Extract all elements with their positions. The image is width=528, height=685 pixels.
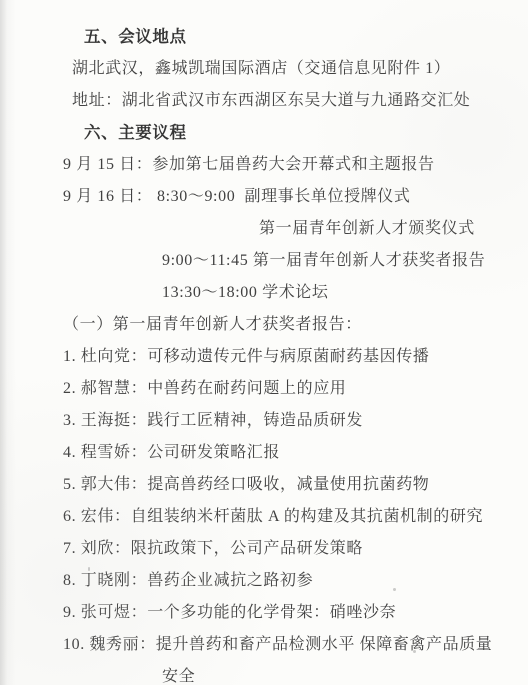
agenda-afternoon-forum-line: 13:30～18:00 学术论坛 bbox=[0, 277, 528, 309]
report-item-10: 10. 魏秀丽：提升兽药和畜产品检测水平 保障畜禽产品质量 bbox=[0, 629, 528, 661]
section-heading-agenda: 六、主要议程 bbox=[0, 117, 528, 149]
report-item-4: 4. 程雪娇：公司研发策略汇报 bbox=[0, 437, 528, 469]
report-item-1: 1. 杜向党：可移动遗传元件与病原菌耐药基因传播 bbox=[0, 341, 528, 373]
report-item-8: 8. 丁晓刚：兽药企业减抗之路初参 bbox=[0, 565, 528, 597]
report-item-5: 5. 郭大伟：提高兽药经口吸收，减量使用抗菌药物 bbox=[0, 469, 528, 501]
scanned-document-page: 五、会议地点 湖北武汉，鑫城凯瑞国际酒店（交通信息见附件 1） 地址：湖北省武汉… bbox=[0, 0, 528, 685]
report-list-header: （一）第一届青年创新人才获奖者报告： bbox=[0, 309, 528, 341]
agenda-sep15-line: 9 月 15 日：参加第七届兽药大会开幕式和主题报告 bbox=[0, 149, 528, 181]
section-heading-venue: 五、会议地点 bbox=[0, 21, 528, 53]
agenda-award-ceremony-line: 第一届青年创新人才颁奖仪式 bbox=[0, 213, 528, 245]
report-item-3: 3. 王海挺：践行工匠精神，铸造品质研发 bbox=[0, 405, 528, 437]
scan-speck bbox=[88, 567, 90, 571]
scan-speck bbox=[393, 588, 396, 591]
address-line: 地址：湖北省武汉市东西湖区东吴大道与九通路交汇处 bbox=[0, 85, 528, 117]
venue-line: 湖北武汉，鑫城凯瑞国际酒店（交通信息见附件 1） bbox=[0, 53, 528, 85]
agenda-morning-reports-line: 9:00～11:45 第一届青年创新人才获奖者报告 bbox=[0, 245, 528, 277]
scan-speck bbox=[413, 650, 416, 653]
report-item-7: 7. 刘欣：限抗政策下，公司产品研发策略 bbox=[0, 533, 528, 565]
report-item-9: 9. 张可煜：一个多功能的化学骨架：硝唑沙奈 bbox=[0, 597, 528, 629]
agenda-sep16-line: 9 月 16 日： 8:30～9:00 副理事长单位授牌仪式 bbox=[0, 181, 528, 213]
report-item-6: 6. 宏伟：自组装纳米杆菌肽 A 的构建及其抗菌机制的研究 bbox=[0, 501, 528, 533]
report-item-2: 2. 郝智慧：中兽药在耐药问题上的应用 bbox=[0, 373, 528, 405]
report-item-10-continuation: 安全 bbox=[0, 661, 528, 685]
